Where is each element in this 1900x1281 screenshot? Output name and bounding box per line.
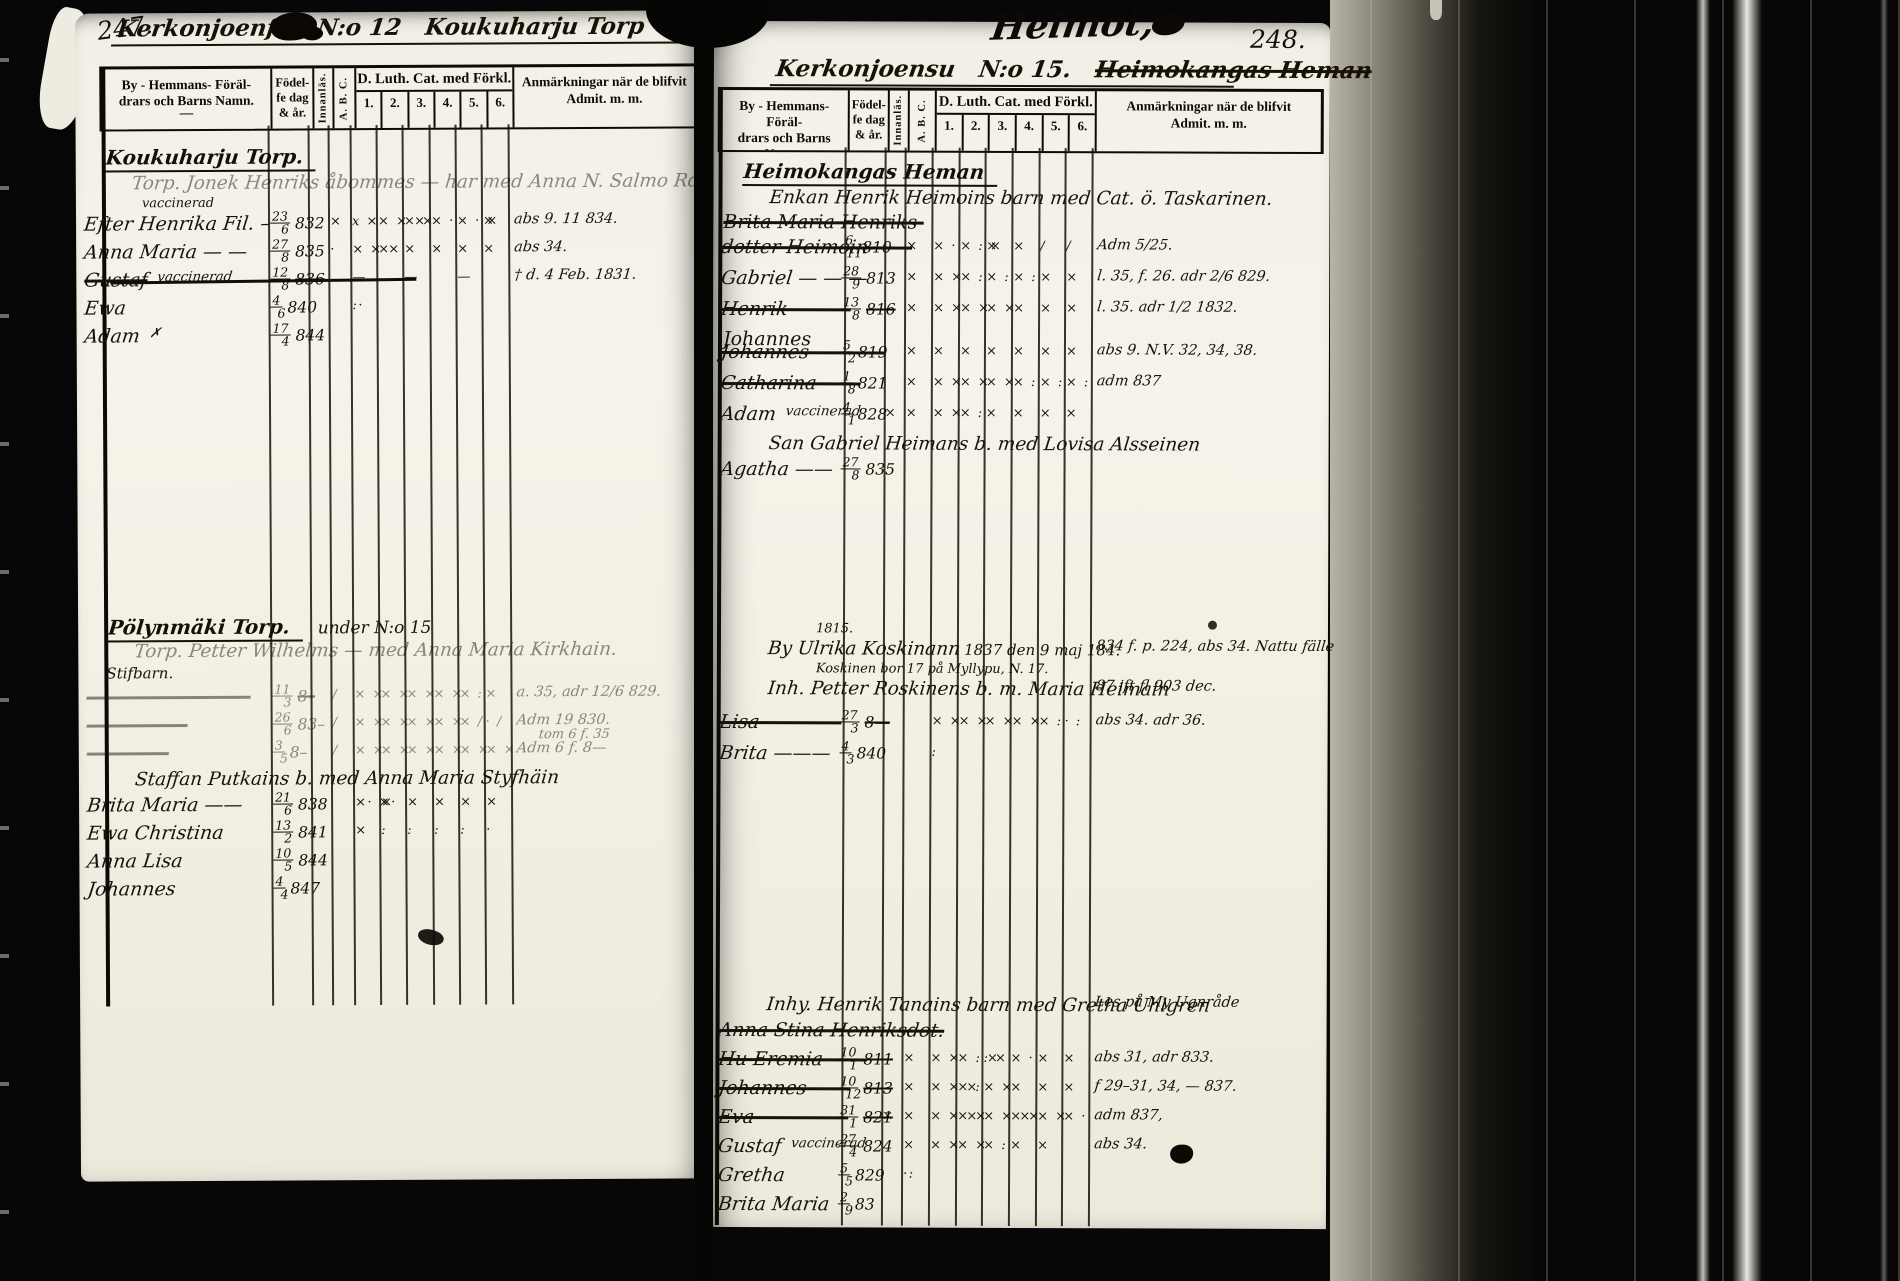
table-row: Brita Maria 2983 bbox=[710, 1191, 1326, 1222]
mark-cell: / bbox=[333, 715, 339, 730]
birth-date: 26683– bbox=[275, 711, 326, 736]
header-remarks-line1: Anmärkningar när de blifvit bbox=[514, 72, 694, 90]
table-row: Hu Eremia —— 101811 × × × × : × : × × · … bbox=[710, 1046, 1326, 1077]
mark-cell: × bbox=[486, 794, 498, 809]
row-cells: Brita ——— 43840 : bbox=[711, 740, 1327, 773]
rows-group: Anna Stina Henriksdot. bbox=[710, 1017, 1327, 1222]
header-abc: A. B. C. bbox=[335, 68, 353, 128]
mark-cell: × : bbox=[960, 270, 984, 285]
row-cells: Gustafvaccinerad 128836 — — — † d. 4 Feb… bbox=[76, 264, 698, 295]
birth-month: 2 bbox=[284, 833, 292, 845]
header-date-line2: fe dag bbox=[272, 90, 312, 105]
birth-date: 174844 bbox=[273, 322, 326, 347]
row-cells: Johannes — — — 52819 × × × × × × × abs 9… bbox=[713, 339, 1329, 372]
header-name-column: By - Hemmans- Föräl- drars och Barns Nam… bbox=[102, 69, 270, 130]
remark: l. 35, f. 26. adr 2/6 829. bbox=[1096, 268, 1271, 285]
section-heading-struck: Heimokangas Heman bbox=[742, 159, 999, 187]
date-fraction: 278 bbox=[843, 456, 863, 481]
remark: adm 837, bbox=[1093, 1107, 1163, 1123]
table-header: By - Hemmans- Föräl- drars och Barns Nam… bbox=[718, 87, 1324, 154]
header-name-line2: drars och Barns Namn. bbox=[721, 130, 848, 150]
header-remarks-line1: Anmärkningar när de blifvit bbox=[1097, 97, 1321, 115]
family-line: Staffan Putkains b. med Anna Maria Styfh… bbox=[134, 765, 702, 792]
mark-cell: × × bbox=[933, 406, 963, 421]
person-name: Gretha bbox=[716, 1162, 786, 1188]
cat-col-3: 3. bbox=[407, 92, 434, 128]
person-name: Johannes bbox=[86, 876, 177, 902]
mark-cell: × bbox=[457, 242, 469, 257]
birth-date: 128836 bbox=[272, 266, 325, 291]
year-note-above: 1815. bbox=[816, 621, 1328, 639]
mark-cell: × bbox=[381, 795, 393, 810]
header-date-line1: Födel- bbox=[272, 75, 312, 90]
birth-date: 236832 bbox=[272, 210, 325, 235]
mark-cell: × bbox=[903, 1080, 915, 1095]
mark-cell: × bbox=[378, 242, 390, 257]
mark-cell: × × bbox=[406, 687, 437, 702]
table-row: —— ——— ——— 1138– / × × × × × × × × × : ×… bbox=[78, 681, 700, 712]
date-fraction: 236 bbox=[272, 211, 292, 236]
birth-year: 829 bbox=[855, 1166, 885, 1184]
remark: † d. 4 Feb. 1831. bbox=[514, 267, 638, 284]
mark-cell: × bbox=[885, 406, 897, 421]
mark-cell: × bbox=[1010, 1080, 1022, 1095]
mark-cell: × bbox=[1040, 301, 1052, 316]
mark-cell: × bbox=[903, 1109, 915, 1124]
section-heading-note: under N:o 15 bbox=[318, 618, 432, 639]
mark-cell: × × bbox=[407, 715, 438, 730]
header-name-column: By - Hemmans- Föräl- drars och Barns Nam… bbox=[721, 90, 848, 150]
remark: abs 9. N.V. 32, 34, 38. bbox=[1096, 342, 1258, 359]
mark-cell: × bbox=[485, 686, 497, 701]
birth-year: 841 bbox=[298, 823, 328, 841]
cat-col-5: 5. bbox=[1041, 115, 1068, 151]
date-fraction: 278 bbox=[272, 239, 292, 264]
person-name: Anna Maria — — bbox=[83, 239, 249, 266]
date-fraction: 216 bbox=[275, 791, 295, 816]
person-name: Gustaf bbox=[83, 267, 149, 293]
person-name: —— ——— bbox=[85, 712, 189, 739]
birth-year: 83– bbox=[298, 715, 326, 733]
film-sprocket-streaks bbox=[0, 0, 9, 1281]
mark-cell: × bbox=[882, 1109, 894, 1124]
header-date-line1: Födel- bbox=[850, 97, 888, 112]
mark-cell: × bbox=[431, 242, 443, 257]
birth-month: 1 bbox=[849, 1059, 857, 1071]
birth-year: 835 bbox=[295, 242, 325, 260]
date-fraction: 128 bbox=[272, 267, 292, 292]
mark-cell: × · bbox=[431, 214, 455, 229]
birth-month: 11 bbox=[846, 247, 862, 259]
name-cell: Anna Maria — — bbox=[84, 239, 257, 266]
mark-cell: × bbox=[986, 406, 998, 421]
birth-date: 43840 bbox=[842, 740, 887, 765]
birth-year: 816 bbox=[866, 300, 896, 318]
mark-cell: × · bbox=[933, 239, 957, 254]
name-cell: Agatha —— bbox=[720, 456, 843, 482]
cat-col-6: 6. bbox=[1068, 115, 1095, 151]
row-cells: Johannes —— 1012813 × × × × × : × × × × … bbox=[710, 1075, 1326, 1106]
mark-cell: × bbox=[330, 214, 342, 229]
birth-month: 8 bbox=[281, 252, 289, 264]
row-cells: Brita Maria —— 216838 ×· ×· × × × × × bbox=[79, 789, 701, 820]
birth-month: 8 bbox=[281, 280, 289, 292]
remark: l. 35. adr 1/2 1832. bbox=[1096, 299, 1238, 315]
header-catechism-column: D. Luth. Cat. med Förkl. 1.2.3.4.5.6. bbox=[354, 67, 512, 128]
person-name: Agatha —— bbox=[719, 456, 835, 482]
mark-cell: × : bbox=[983, 1138, 1007, 1153]
mark-cell: × bbox=[1066, 344, 1078, 359]
birth-month: 5 bbox=[284, 861, 292, 873]
mark-cell: × bbox=[1037, 1138, 1049, 1153]
mark-cell: / bbox=[332, 687, 338, 702]
birth-year: 813 bbox=[863, 1079, 893, 1097]
table-row: Brita Maria Henriks- dotter Heimoin —— 6… bbox=[713, 210, 1329, 267]
birth-month: 3 bbox=[847, 753, 855, 765]
mark-cell: × bbox=[1063, 1080, 1075, 1095]
birth-year: 844 bbox=[295, 326, 325, 344]
row-cells: — ——— 358– / × × × × × × × × × × × × Adm… bbox=[79, 737, 701, 768]
header-innanlas: Innanläs. bbox=[890, 91, 908, 151]
mark-cell: — bbox=[457, 270, 472, 285]
mark-cell: × × bbox=[404, 214, 435, 229]
mark-cell: × bbox=[1040, 406, 1052, 421]
mark-cell: × bbox=[355, 823, 367, 838]
name-cell: —— ——— bbox=[87, 712, 198, 739]
birth-date: 44847 bbox=[275, 875, 320, 900]
row-cells: Eva —— — — 311821 × × × × × × × × × × × … bbox=[710, 1104, 1326, 1135]
film-bright-band bbox=[1732, 0, 1762, 1281]
header-dash: — bbox=[102, 109, 270, 118]
remark: Les på My Ugnråde bbox=[1094, 994, 1240, 1010]
row-annotation: vaccinerad bbox=[157, 269, 234, 285]
birth-year: 819 bbox=[858, 343, 888, 361]
row-note-above: Brita Maria Henriks- bbox=[723, 210, 1329, 236]
birth-date: 216838 bbox=[275, 791, 328, 816]
birth-date: 138816 bbox=[843, 296, 896, 321]
section-tanain: Inhy. Henrik Tanains barn med Gretha Uhl… bbox=[710, 993, 1327, 1222]
birth-month: 4 bbox=[281, 889, 289, 901]
person-name: Brita ——— bbox=[718, 740, 832, 766]
cat-col-3: 3. bbox=[988, 115, 1015, 151]
mark-cell: × bbox=[1040, 344, 1052, 359]
mark-cell: × : bbox=[1066, 375, 1090, 390]
date-fraction: 1012 bbox=[840, 1075, 860, 1100]
title-word: Kerkonjoensu bbox=[774, 55, 957, 83]
birth-month: 12 bbox=[845, 1088, 861, 1100]
row-annotation: ✗ bbox=[149, 325, 162, 341]
mark-cell: × bbox=[986, 344, 998, 359]
row-cells: Efter Henrika Fil. – 236832 × x × × × × … bbox=[76, 208, 698, 239]
birth-month: 8 bbox=[851, 469, 859, 481]
header-innanlas: Innanläs. bbox=[314, 68, 332, 128]
birth-year: 844 bbox=[298, 851, 328, 869]
person-name: Adam bbox=[719, 401, 778, 427]
birth-year: 8– bbox=[290, 743, 308, 761]
header-birthdate-column: Födel- fe dag & år. bbox=[270, 68, 312, 128]
rows-group: —— ——— ——— 1138– / × × × × × × × × × : ×… bbox=[78, 681, 700, 768]
row-cells: Brita Maria 2983 bbox=[710, 1191, 1326, 1222]
title-place-struck: Heimokangas Heman bbox=[1093, 56, 1373, 84]
mark-cell: × × bbox=[930, 1138, 960, 1153]
date-fraction: 273 bbox=[842, 709, 862, 734]
table-row: Anna Lisa 105844 bbox=[79, 845, 701, 876]
date-fraction: 105 bbox=[275, 847, 295, 872]
birth-date: 278835 bbox=[843, 456, 896, 481]
row-cells: Johannes 44847 bbox=[79, 873, 701, 904]
section-heimokangas: Heimokangas Heman Enkan Henrik Heimoins … bbox=[712, 159, 1329, 489]
mark-cell: × : bbox=[957, 1080, 981, 1095]
mark-cell: · bbox=[330, 242, 336, 257]
mark-cell: × × bbox=[933, 270, 963, 285]
mark-cell: × / bbox=[460, 715, 484, 730]
mark-cell: / bbox=[333, 743, 339, 758]
page-title-script: Kerkonjoensu N:o 15. Heimokangas Heman bbox=[770, 55, 1238, 88]
struck-entry-line: By Ulrika Koskinann 1837 den 9 maj 184. … bbox=[712, 637, 1328, 663]
remark: 834 f. p. 224, abs 34. Nattu fälle bbox=[1095, 638, 1335, 655]
person-name: Efter Henrika Fil. – bbox=[83, 211, 272, 238]
mark-cell: × bbox=[1063, 1051, 1075, 1066]
person-name: Brita Maria —— bbox=[86, 792, 244, 819]
section-koskinen: 1815. By Ulrika Koskinann 1837 den 9 maj… bbox=[711, 621, 1328, 773]
row-cells: Catharina —— 18821 × × × × × × × × : × :… bbox=[713, 370, 1329, 403]
birth-date: 1012813 bbox=[840, 1075, 893, 1100]
right-page: 248. Heimot, Kerkonjoensu N:o 15. Heimok… bbox=[710, 21, 1330, 1229]
mark-cell: : bbox=[381, 823, 387, 838]
header-reading-column: Innanläs. bbox=[312, 68, 332, 128]
residence-note: Koskinen bor 17 på Myllypu, N. 17. bbox=[816, 661, 1328, 679]
remark: a. 35, adr 12/6 829. bbox=[516, 684, 662, 701]
table-row: Agatha —— 278835 bbox=[712, 456, 1328, 489]
person-name: Brita Maria bbox=[716, 1191, 831, 1217]
header-date-line2: fe dag bbox=[850, 112, 888, 127]
header-catechism-numbers: 1.2.3.4.5.6. bbox=[356, 91, 512, 128]
mark-cell: × bbox=[903, 1051, 915, 1066]
row-cells: dotter Heimoin —— 611810 × × · × : × × ×… bbox=[713, 234, 1329, 267]
title-place: Koukuharju Torp bbox=[423, 13, 646, 41]
row-cells: Adamvaccinerad 41828 × × × × × : × × × × bbox=[713, 401, 1329, 434]
person-name: Lisa ———— bbox=[718, 709, 843, 735]
remark: adm 837 bbox=[1096, 373, 1162, 389]
table-row: — ——— 358– / × × × × × × × × × × × × Adm… bbox=[79, 737, 701, 768]
cat-col-1: 1. bbox=[356, 92, 381, 128]
table-row: Gretha 55829 ·: bbox=[710, 1162, 1326, 1193]
date-fraction: 266 bbox=[275, 711, 295, 736]
header-catechism-title: D. Luth. Cat. med Förkl. bbox=[356, 67, 512, 92]
birth-year: 821 bbox=[858, 374, 888, 392]
family-line: Torp. Petter Wilhelms — med Anna Maria K… bbox=[133, 639, 701, 662]
mark-cell: × bbox=[906, 375, 918, 390]
birth-date: 105844 bbox=[275, 847, 328, 872]
film-bright-band bbox=[1696, 0, 1710, 1281]
birth-year: 832 bbox=[295, 214, 325, 232]
table-row: Gabriel — — — 289813 × × × × : × : × : ×… bbox=[713, 265, 1329, 298]
name-cell: Brita ——— bbox=[720, 740, 841, 766]
mark-cell: × bbox=[1040, 270, 1052, 285]
section-heading: Koukuharju Torp. bbox=[104, 144, 318, 172]
mark-cell: × bbox=[434, 795, 446, 810]
date-fraction: 46 bbox=[272, 295, 284, 320]
row-cells: Gretha 55829 ·: bbox=[710, 1162, 1326, 1193]
table-header: By - Hemmans- Föräl- drars och Barns Nam… bbox=[99, 63, 697, 131]
name-cell: Anna Lisa bbox=[87, 848, 192, 875]
birth-year: 840 bbox=[287, 298, 317, 316]
row-cells: Hu Eremia —— 101811 × × × × : × : × × · … bbox=[710, 1046, 1326, 1077]
mark-cell: × bbox=[1013, 239, 1025, 254]
remark: f 29–31, 34, — 837. bbox=[1094, 1078, 1238, 1094]
mark-cell: × × bbox=[983, 1080, 1013, 1095]
mark-cell: × bbox=[906, 239, 918, 254]
mark-cell: × bbox=[933, 344, 945, 359]
row-cells: Anna Stina Henriksdot. bbox=[711, 1017, 1327, 1048]
mark-cell: × · bbox=[1063, 1109, 1087, 1124]
mark-cell: × : bbox=[986, 270, 1010, 285]
mark-cell: x × bbox=[352, 214, 379, 229]
mark-cell: · bbox=[486, 822, 492, 837]
name-cell: Lisa ———— bbox=[720, 709, 852, 735]
table-row: Johannes Johannes — — — 52819 × × × × × … bbox=[713, 327, 1329, 372]
mark-cell: × × bbox=[1012, 714, 1042, 729]
table-row: Ewa 46840 :· bbox=[76, 292, 698, 323]
mark-cell: × bbox=[906, 344, 918, 359]
birth-month: 3 bbox=[851, 722, 859, 734]
name-cell: — ——— bbox=[87, 740, 179, 766]
table-row: Catharina —— 18821 × × × × × × × × : × :… bbox=[713, 370, 1329, 403]
mark-cell: × × bbox=[986, 301, 1016, 316]
mark-cell: : bbox=[460, 823, 466, 838]
section-heading: Pölynmäki Torp. bbox=[107, 614, 305, 642]
remark: abs 34. bbox=[1093, 1136, 1148, 1152]
birth-month: 4 bbox=[282, 336, 290, 348]
person-name: Eva —— — — bbox=[717, 1104, 850, 1130]
header-catechism-column: D. Luth. Cat. med Förkl. 1.2.3.4.5.6. bbox=[935, 91, 1095, 152]
mark-cell: · / bbox=[486, 714, 503, 729]
birth-year: 8– bbox=[297, 687, 315, 705]
mark-cell: : bbox=[434, 823, 440, 838]
family-line-wrap: Inh. Petter Roskinens b. m. Maria Heimai… bbox=[712, 677, 1328, 703]
birth-month: 9 bbox=[845, 1204, 853, 1216]
header-catechism-title: D. Luth. Cat. med Förkl. bbox=[937, 91, 1095, 116]
overwritten-place-name: Heimot, bbox=[989, 2, 1158, 49]
remark: Adm 6 f. 8— bbox=[516, 740, 607, 756]
header-remarks-line2: Admit. m. m. bbox=[1097, 114, 1321, 132]
row-cells: Gabriel — — — 289813 × × × × : × : × : ×… bbox=[713, 265, 1329, 298]
birth-month: 5 bbox=[280, 753, 288, 765]
table-row: Lisa ———— 2738— × × × × × × × × × : · : … bbox=[712, 709, 1328, 742]
cat-col-1: 1. bbox=[937, 115, 962, 151]
mark-cell: × : bbox=[960, 406, 984, 421]
table-row: Adamvaccinerad 41828 × × × × × : × × × × bbox=[713, 401, 1329, 434]
family-line-wrap: Inhy. Henrik Tanains barn med Gretha Uhl… bbox=[711, 993, 1327, 1019]
birth-month: 4 bbox=[849, 1146, 857, 1158]
remark: abs 34. adr 36. bbox=[1095, 712, 1207, 728]
header-remarks-line2: Admit. m. m. bbox=[514, 89, 694, 107]
person-name: Johannes —— bbox=[717, 1075, 852, 1101]
mark-cell: × bbox=[1066, 270, 1078, 285]
mark-cell: × bbox=[960, 344, 972, 359]
date-fraction: 132 bbox=[275, 819, 295, 844]
birth-year: 835 bbox=[865, 460, 895, 478]
page-number: 248. bbox=[1250, 25, 1306, 54]
date-fraction: 44 bbox=[275, 876, 287, 901]
row-cells: Anna Maria — — 278835 · × × × × × × × × … bbox=[76, 236, 698, 267]
table-row: Ewa Christina 132841 × : : : : · bbox=[79, 817, 701, 848]
person-name: Gustaf bbox=[717, 1133, 783, 1159]
mark-cell: — bbox=[352, 270, 367, 285]
person-name: Anna Stina Henriksdot. bbox=[717, 1017, 946, 1044]
header-name-line1: By - Hemmans- Föräl- bbox=[102, 77, 270, 94]
table-row: vaccinerad Efter Henrika Fil. – 236832 ×… bbox=[76, 193, 698, 239]
mark-cell: × × bbox=[486, 742, 517, 757]
table-row: Eva —— — — 311821 × × × × × × × × × × × … bbox=[710, 1104, 1326, 1135]
ink-blot bbox=[271, 12, 317, 40]
mark-cell: × · bbox=[1010, 1051, 1034, 1066]
mark-cell: × : bbox=[459, 687, 483, 702]
header-abc-column: A. B. C. bbox=[908, 91, 935, 151]
cat-col-2: 2. bbox=[381, 92, 408, 128]
mark-cell: × × bbox=[930, 1051, 960, 1066]
cat-col-6: 6. bbox=[486, 91, 513, 127]
mark-cell: × bbox=[1066, 406, 1078, 421]
cat-col-5: 5. bbox=[460, 91, 487, 127]
title-number: N:o 12 bbox=[315, 14, 403, 41]
birth-month: 2 bbox=[848, 352, 856, 364]
birth-month: 3 bbox=[283, 697, 291, 709]
person-name: Adam bbox=[83, 323, 141, 349]
mark-cell: × bbox=[483, 241, 495, 256]
mark-cell: / bbox=[1040, 239, 1046, 254]
row-cells: Anna Lisa 105844 bbox=[79, 845, 701, 876]
header-reading-column: Innanläs. bbox=[888, 91, 908, 151]
birth-date: 41828 bbox=[843, 401, 888, 426]
film-edge-left bbox=[0, 0, 78, 1281]
person-name: Anna Lisa bbox=[86, 848, 184, 875]
ink-dot bbox=[1208, 621, 1217, 630]
mark-cell: × × bbox=[932, 714, 962, 729]
left-page: 247. Kerkonjoenfu N:o 12 Koukuharju Torp… bbox=[75, 10, 703, 1181]
birth-year: 83 bbox=[855, 1195, 875, 1213]
mark-cell: × bbox=[1037, 1080, 1049, 1095]
rows-group: Brita Maria —— 216838 ×· ×· × × × × × bbox=[79, 789, 702, 904]
birth-date: 55829 bbox=[840, 1162, 885, 1187]
date-fraction: 113 bbox=[274, 683, 294, 708]
mark-cell: × bbox=[1013, 406, 1025, 421]
section-koukuharju-torp: Koukuharju Torp. Torp. Jonek Henriks åbo… bbox=[76, 142, 699, 351]
table-row: Gustafvaccinerad 128836 — — — † d. 4 Feb… bbox=[76, 264, 698, 295]
rows-group: Agatha —— 278835 bbox=[712, 456, 1328, 489]
mark-cell: × bbox=[1037, 1051, 1049, 1066]
mark-cell: × × bbox=[986, 375, 1016, 390]
row-cells: Gustafvaccinerad 274824 × × × × × × : × … bbox=[710, 1133, 1326, 1164]
birth-date: 2983 bbox=[840, 1191, 875, 1216]
header-name-line1: By - Hemmans- Föräl- bbox=[721, 98, 848, 130]
mark-cell: × bbox=[1010, 1138, 1022, 1153]
header-abc-column: A. B. C. bbox=[332, 68, 354, 128]
rows-group: vaccinerad Efter Henrika Fil. – 236832 ×… bbox=[76, 193, 699, 351]
mark-cell: :· bbox=[352, 298, 364, 313]
header-abc: A. B. C. bbox=[913, 91, 931, 151]
mark-cell: × bbox=[906, 406, 918, 421]
mark-cell: × bbox=[903, 1138, 915, 1153]
remark: abs 9. 11 834. bbox=[513, 211, 618, 228]
family-line: Enkan Henrik Heimoins barn med Cat. ö. T… bbox=[768, 186, 1331, 212]
header-birthdate-column: Födel- fe dag & år. bbox=[848, 90, 888, 150]
date-fraction: 311 bbox=[840, 1104, 860, 1129]
mark-cell: × bbox=[483, 213, 495, 228]
birth-date: 132841 bbox=[275, 819, 328, 844]
birth-year: 840 bbox=[856, 744, 886, 762]
mark-cell: × bbox=[906, 301, 918, 316]
